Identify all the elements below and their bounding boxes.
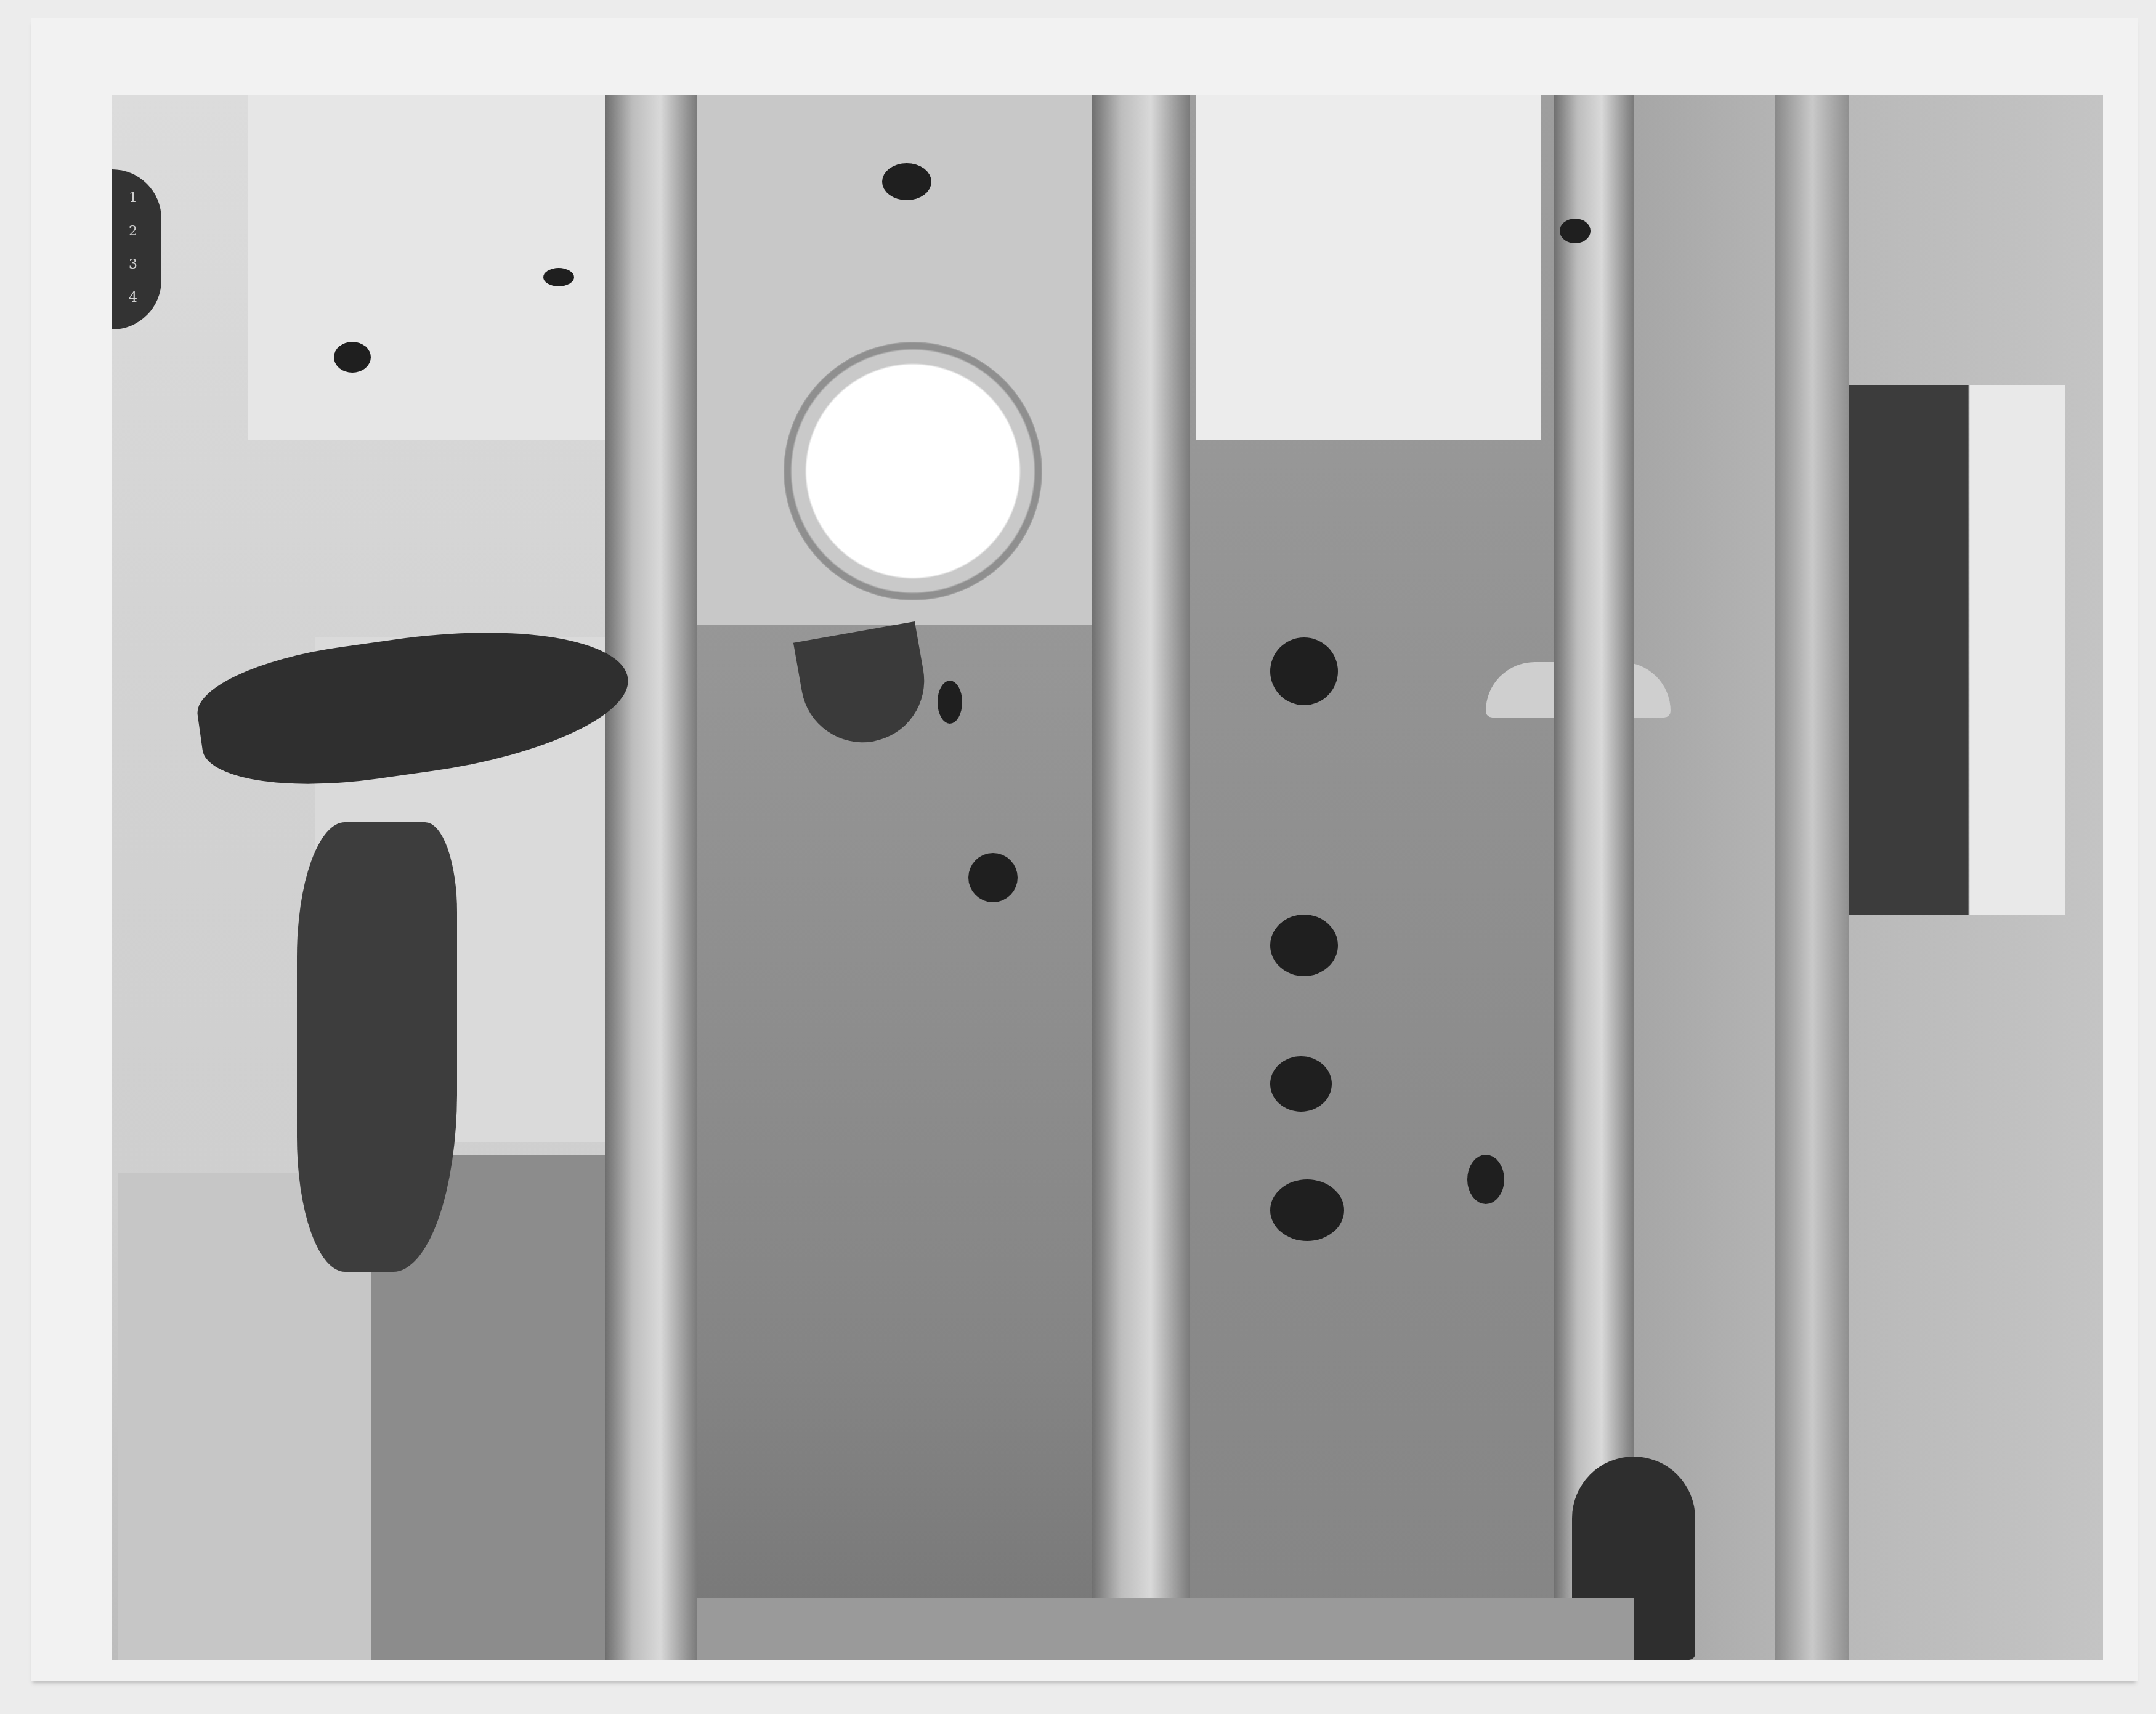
shrapnel-hole [1467, 1155, 1504, 1204]
gauge-numeral: 4 [121, 281, 145, 315]
shrapnel-hole [938, 681, 962, 724]
vertical-pipe [1775, 95, 1849, 1660]
shrapnel-hole [543, 268, 574, 286]
shrapnel-hole [968, 853, 1018, 902]
shrapnel-hole [882, 163, 931, 200]
gauge-numerals: 1 2 3 4 [121, 182, 145, 315]
shrapnel-hole [1270, 915, 1338, 976]
frame-left [605, 95, 697, 1660]
shrapnel-hole [334, 342, 371, 373]
shrapnel-hole [1560, 219, 1591, 243]
shrapnel-hole [1270, 1056, 1332, 1112]
photograph: 1 2 3 4 [112, 95, 2103, 1660]
gauge-numeral: 1 [121, 182, 145, 215]
electrical-box [1849, 385, 2065, 915]
shrapnel-hole [1270, 637, 1338, 705]
frame-center [1092, 95, 1190, 1660]
photo-print: 1 2 3 4 [31, 18, 2138, 1681]
gauge-numeral: 3 [121, 248, 145, 281]
frame-right [1554, 95, 1634, 1660]
deck-floor [697, 1598, 1634, 1660]
porthole [784, 342, 1042, 600]
gauge-numeral: 2 [121, 215, 145, 248]
upper-right-panel [1196, 95, 1541, 440]
shrapnel-hole [1270, 1179, 1344, 1241]
upper-left-panel [248, 95, 605, 440]
charred-panel [297, 822, 457, 1272]
